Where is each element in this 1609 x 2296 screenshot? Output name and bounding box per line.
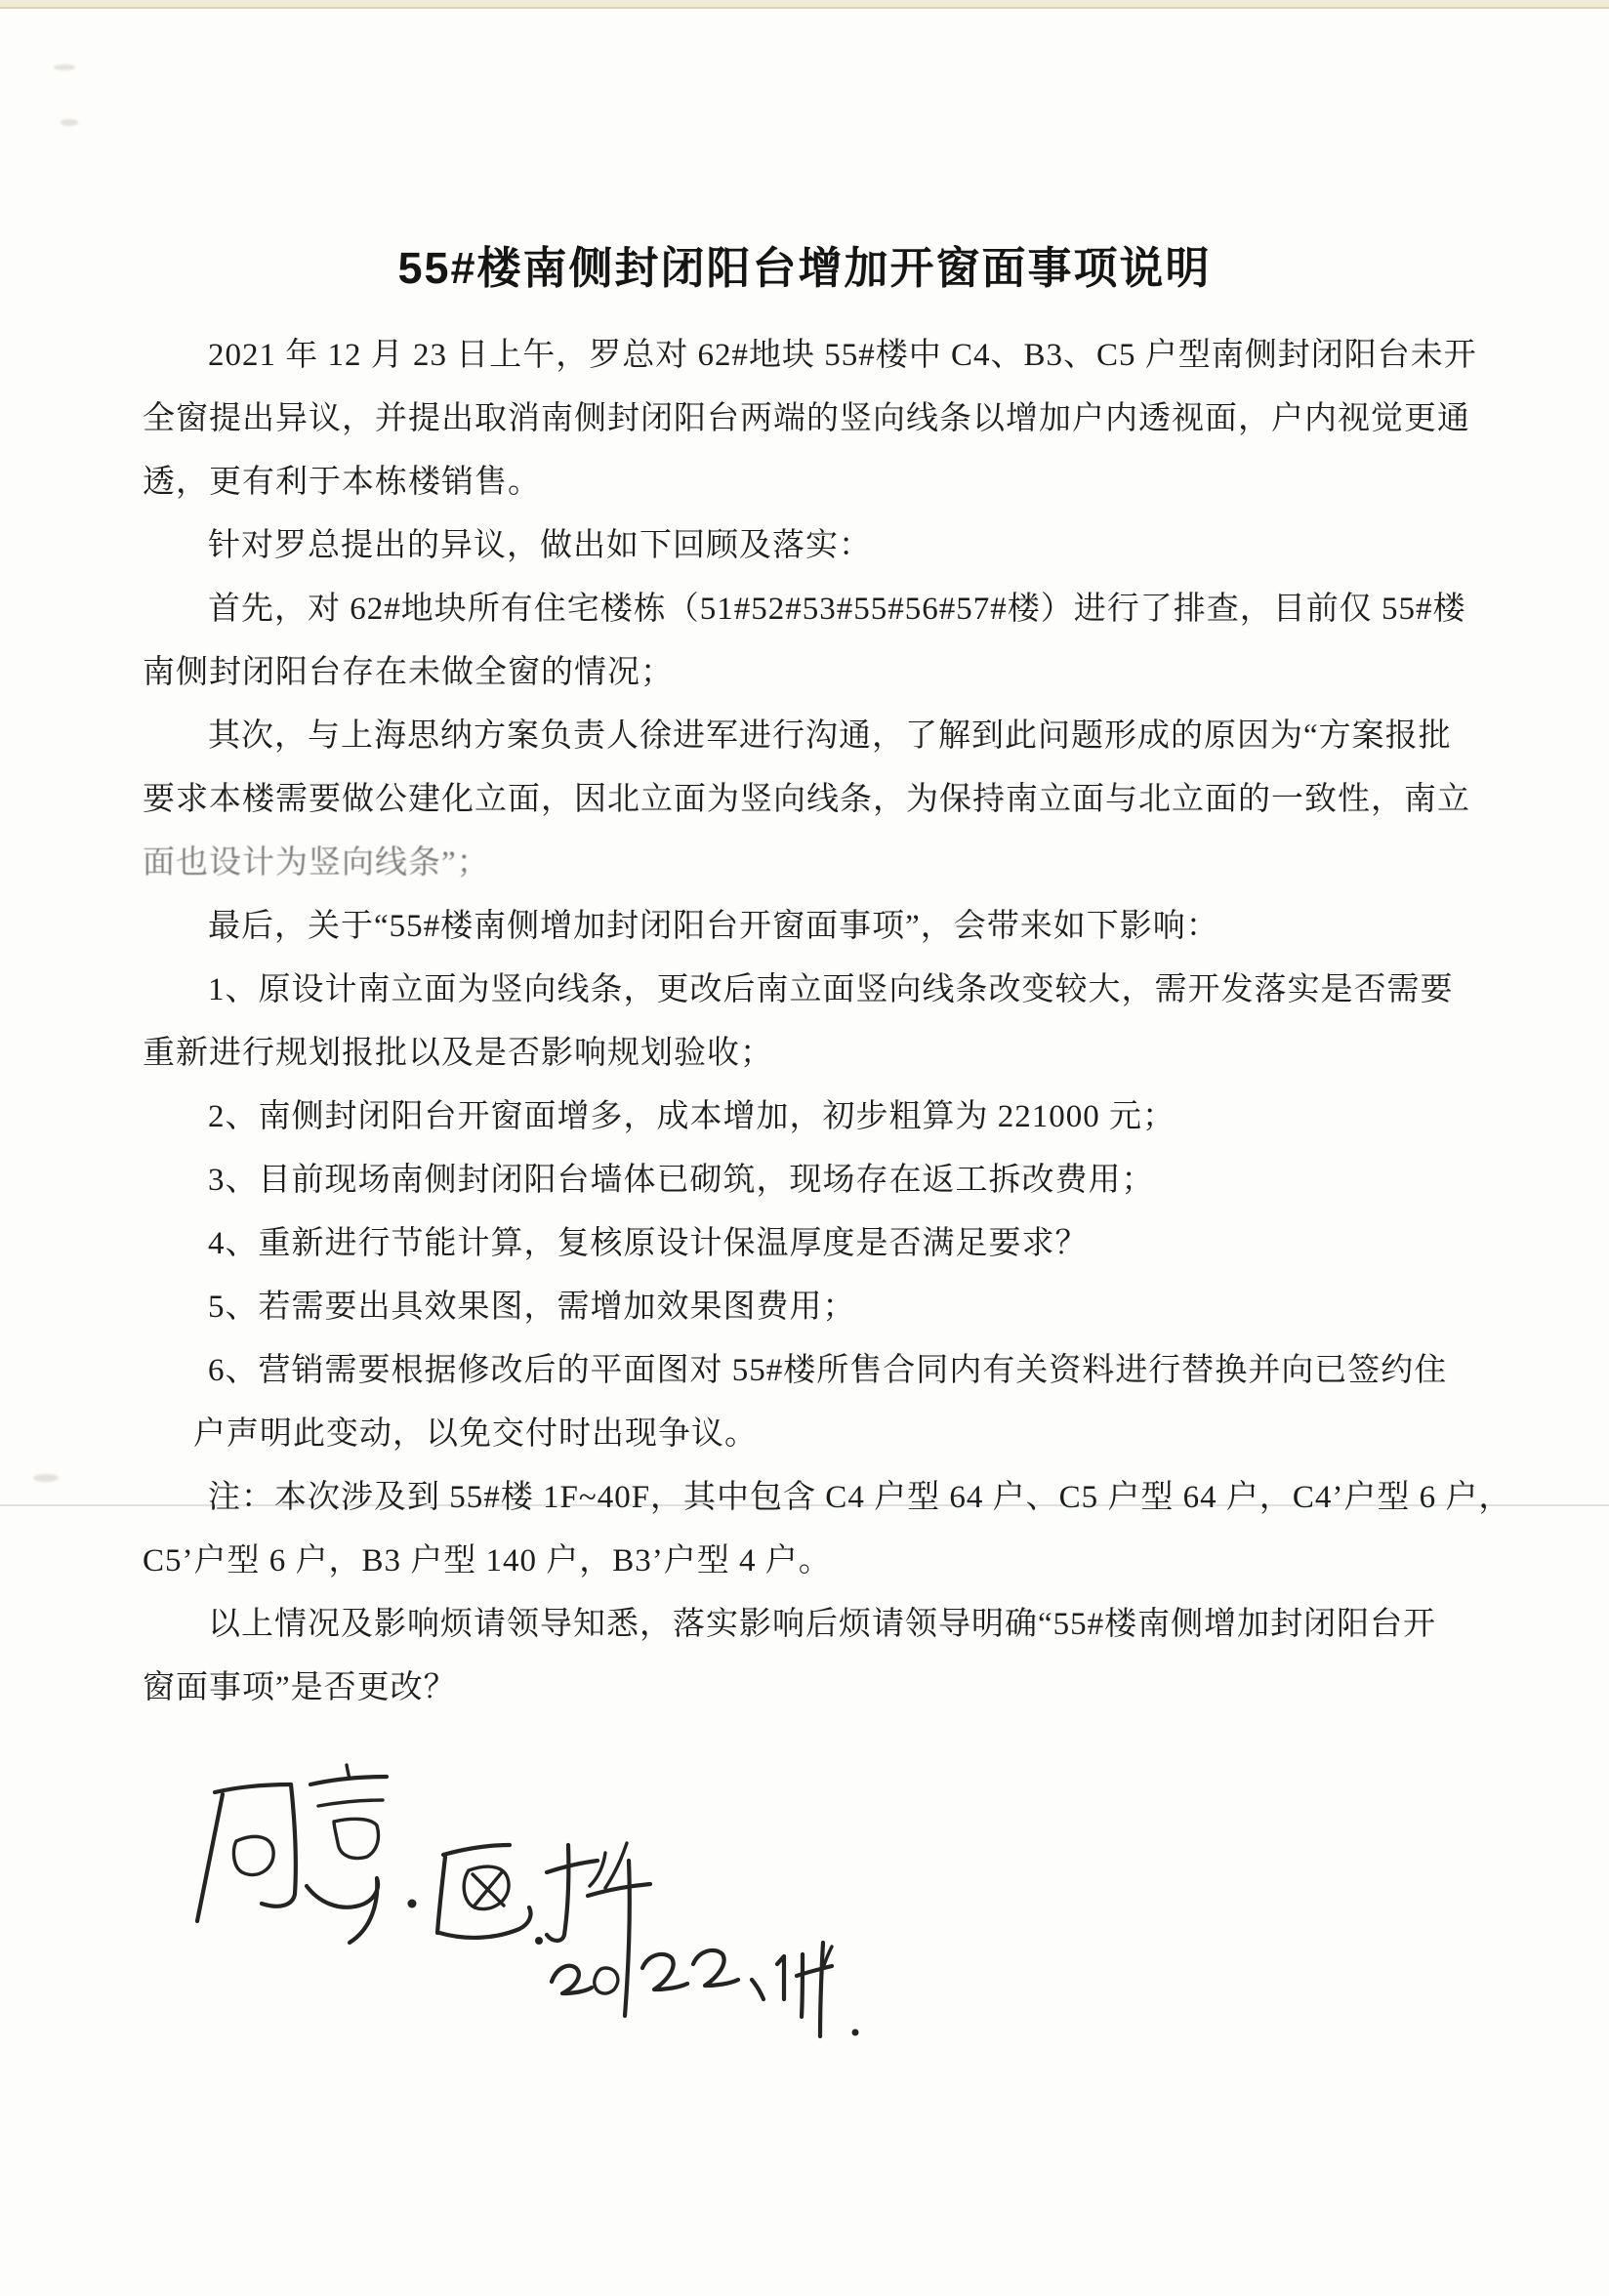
scanned-document-page: 55#楼南侧封闭阳台增加开窗面事项说明 2021 年 12 月 23 日上午，罗… [0, 0, 1609, 2296]
handwritten-signature-block [146, 1747, 888, 2070]
body-line: 首先，对 62#地块所有住宅楼栋（51#52#53#55#56#57#楼）进行了… [143, 578, 1472, 641]
handwriting-ink [146, 1747, 888, 2070]
scan-speck [33, 1474, 59, 1482]
body-line: C5’户型 6 户，B3 户型 140 户，B3’户型 4 户。 [143, 1530, 1472, 1593]
body-line: 3、目前现场南侧封闭阳台墙体已砌筑，现场存在返工拆改费用； [143, 1149, 1472, 1212]
document-title: 55#楼南侧封闭阳台增加开窗面事项说明 [0, 232, 1609, 296]
body-line: 全窗提出异议，并提出取消南侧封闭阳台两端的竖向线条以增加户内透视面，户内视觉更通 [143, 388, 1472, 451]
body-line: 2021 年 12 月 23 日上午，罗总对 62#地块 55#楼中 C4、B3… [143, 324, 1472, 388]
body-line: 4、重新进行节能计算，复核原设计保温厚度是否满足要求？ [143, 1212, 1472, 1276]
body-line: 重新进行规划报批以及是否影响规划验收； [143, 1022, 1472, 1086]
scan-speck [61, 119, 78, 126]
body-line: 1、原设计南立面为竖向线条，更改后南立面竖向线条改变较大，需开发落实是否需要 [143, 959, 1472, 1022]
body-line: 针对罗总提出的异议，做出如下回顾及落实： [143, 514, 1472, 578]
document-body: 2021 年 12 月 23 日上午，罗总对 62#地块 55#楼中 C4、B3… [143, 324, 1472, 1720]
body-line: 透，更有利于本栋楼销售。 [143, 451, 1472, 514]
body-line: 窗面事项”是否更改？ [143, 1657, 1472, 1720]
body-line: 其次，与上海思纳方案负责人徐进军进行沟通，了解到此问题形成的原因为“方案报批 [143, 705, 1472, 768]
scan-speck [54, 64, 75, 70]
body-line-faded: 面也设计为竖向线条”； [143, 832, 1472, 895]
body-line: 2、南侧封闭阳台开窗面增多，成本增加，初步粗算为 221000 元； [143, 1086, 1472, 1149]
body-line: 最后，关于“55#楼南侧增加封闭阳台开窗面事项”，会带来如下影响： [143, 895, 1472, 959]
body-line: 要求本楼需要做公建化立面，因北立面为竖向线条，为保持南立面与北立面的一致性，南立 [143, 768, 1472, 832]
body-line: 南侧封闭阳台存在未做全窗的情况； [143, 641, 1472, 705]
scanner-edge-strip [0, 0, 1609, 9]
body-line: 以上情况及影响烦请领导知悉，落实影响后烦请领导明确“55#楼南侧增加封闭阳台开 [143, 1593, 1472, 1657]
body-line: 户声明此变动，以免交付时出现争议。 [143, 1403, 1472, 1466]
body-line: 5、若需要出具效果图，需增加效果图费用； [143, 1276, 1472, 1339]
body-line: 6、营销需要根据修改后的平面图对 55#楼所售合同内有关资料进行替换并向已签约住 [143, 1339, 1472, 1403]
body-line: 注：本次涉及到 55#楼 1F~40F，其中包含 C4 户型 64 户、C5 户… [143, 1466, 1472, 1530]
